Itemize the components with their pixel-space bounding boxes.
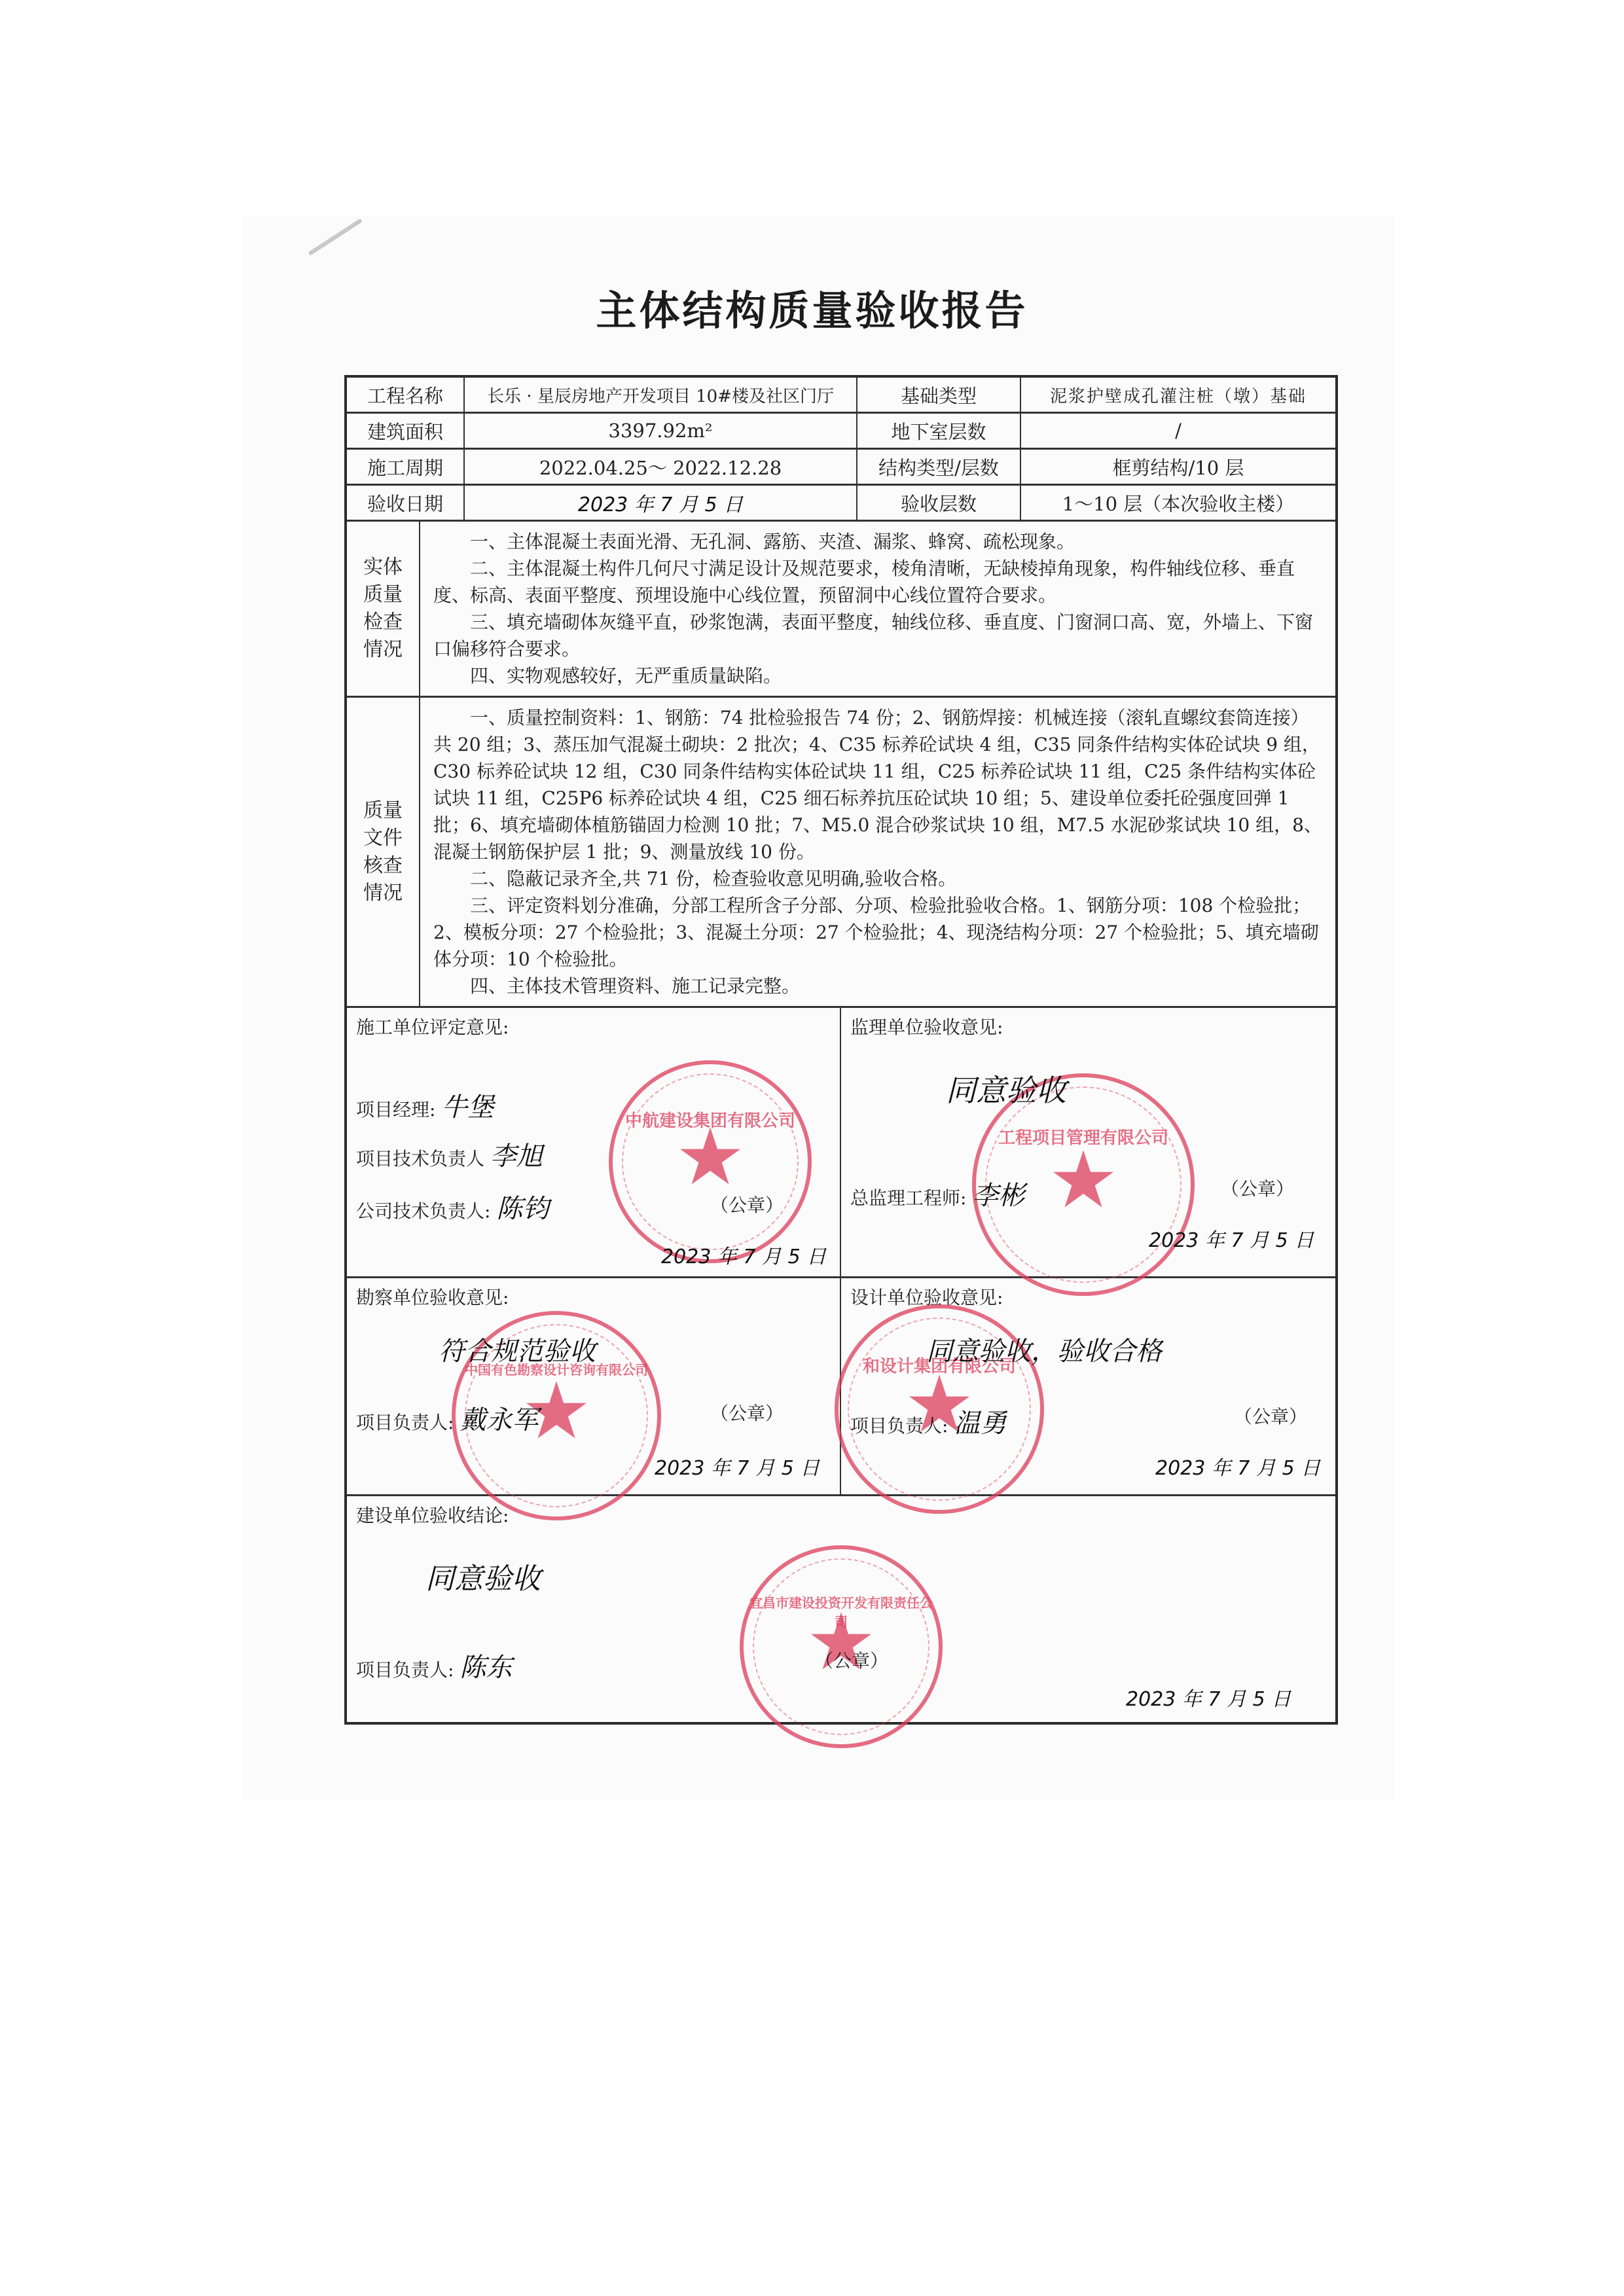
owner-date: 2023 年 7 月 5 日: [1126, 1683, 1291, 1712]
star-icon: ★: [1048, 1141, 1119, 1220]
design-opinion: 同意验收，验收合格: [926, 1331, 1162, 1368]
supervision-date: 2023 年 7 月 5 日: [1149, 1224, 1314, 1253]
survey-lead-label: 项目负责人:: [356, 1412, 454, 1433]
chief-engineer-signature: 李彬: [972, 1181, 1024, 1211]
construction-unit-section: 施工单位评定意见: 中航建设集团有限公司 ★ 项目经理: 牛堡 项目技术负责人 …: [347, 1008, 841, 1276]
design-lead-signature: 温勇: [954, 1408, 1006, 1439]
design-seal-label: （公章）: [1234, 1403, 1307, 1429]
value-foundation-type: 泥浆护壁成孔灌注桩（墩）基础: [1021, 378, 1335, 412]
entity-paragraph: 三、填充墙砌体灰缝平直，砂浆饱满，表面平整度，轴线位移、垂直度、门窗洞口高、宽，…: [433, 609, 1325, 662]
label-char: 质量: [363, 581, 403, 609]
project-manager-line: 项目经理: 牛堡: [356, 1086, 494, 1124]
document-paragraph: 三、评定资料划分准确，分部工程所含子分部、分项、检验批验收合格。1、钢筋分项：1…: [433, 892, 1325, 973]
design-unit-section: 设计单位验收意见: 和设计集团有限公司 ★ 同意验收，验收合格 项目负责人: 温…: [841, 1278, 1335, 1494]
label-structure-type: 结构类型/层数: [857, 450, 1021, 484]
document-check-section: 质量 文件 核查 情况 一、质量控制资料：1、钢筋：74 批检验报告 74 份；…: [347, 698, 1335, 1008]
entity-check-section: 实体 质量 检查 情况 一、主体混凝土表面光滑、无孔洞、露筋、夹渣、漏浆、蜂窝、…: [347, 522, 1335, 698]
company-tech-line: 公司技术负责人: 陈钧: [356, 1188, 549, 1225]
construction-date: 2023 年 7 月 5 日: [661, 1240, 826, 1269]
supervision-seal-label: （公章）: [1221, 1175, 1294, 1201]
value-acceptance-date: 2023 年 7 月 5 日: [465, 486, 857, 520]
tech-lead-label: 项目技术负责人: [356, 1148, 484, 1170]
document-paragraph: 二、隐蔽记录齐全,共 71 份，检查验收意见明确,验收合格。: [433, 865, 1325, 892]
survey-unit-section: 勘察单位验收意见: 中国有色勘察设计咨询有限公司 ★ 符合规范验收 项目负责人:…: [347, 1278, 841, 1494]
supervision-unit-section: 监理单位验收意见: 工程项目管理有限公司 ★ 同意验收 总监理工程师: 李彬 （…: [841, 1008, 1335, 1276]
tech-lead-line: 项目技术负责人 李旭: [356, 1136, 543, 1173]
label-char: 质量: [363, 797, 403, 825]
document-check-content: 一、质量控制资料：1、钢筋：74 批检验报告 74 份；2、钢筋焊接：机械连接（…: [420, 698, 1335, 1006]
company-tech-signature: 陈钧: [496, 1194, 549, 1224]
signoff-row-2: 勘察单位验收意见: 中国有色勘察设计咨询有限公司 ★ 符合规范验收 项目负责人:…: [347, 1278, 1335, 1496]
supervision-unit-heading: 监理单位验收意见:: [850, 1013, 1003, 1039]
owner-unit-section: 建设单位验收结论: 宜昌市建设投资开发有限责任公司 ★ 同意验收 项目负责人: …: [347, 1496, 1335, 1722]
label-construction-period: 施工周期: [347, 450, 465, 484]
label-foundation-type: 基础类型: [857, 378, 1021, 412]
survey-lead-signature: 戴永军: [460, 1405, 538, 1435]
owner-opinion: 同意验收: [425, 1555, 541, 1597]
design-lead-label: 项目负责人:: [850, 1415, 948, 1437]
info-row-acceptance: 验收日期 2023 年 7 月 5 日 验收层数 1～10 层（本次验收主楼）: [347, 486, 1335, 522]
owner-lead-line: 项目负责人: 陈东: [356, 1647, 512, 1684]
value-construction-period: 2022.04.25～ 2022.12.28: [465, 450, 857, 484]
label-char: 情况: [363, 636, 403, 664]
entity-paragraph: 四、实物观感较好，无严重质量缺陷。: [433, 662, 1325, 689]
owner-unit-heading: 建设单位验收结论:: [356, 1501, 509, 1528]
label-acceptance-floors: 验收层数: [857, 486, 1021, 520]
survey-lead-line: 项目负责人: 戴永军: [356, 1399, 538, 1437]
survey-seal-label: （公章）: [710, 1399, 784, 1426]
construction-unit-heading: 施工单位评定意见:: [356, 1013, 509, 1039]
tech-lead-signature: 李旭: [490, 1141, 543, 1172]
design-lead-line: 项目负责人: 温勇: [850, 1403, 1006, 1440]
chief-engineer-label: 总监理工程师:: [850, 1187, 966, 1209]
value-structure-type: 框剪结构/10 层: [1021, 450, 1335, 484]
entity-paragraph: 一、主体混凝土表面光滑、无孔洞、露筋、夹渣、漏浆、蜂窝、疏松现象。: [433, 528, 1325, 555]
design-date: 2023 年 7 月 5 日: [1155, 1452, 1320, 1480]
label-project-name: 工程名称: [347, 378, 465, 412]
document-title: 主体结构质量验收报告: [0, 278, 1624, 336]
label-char: 情况: [363, 880, 403, 907]
owner-lead-signature: 陈东: [460, 1653, 512, 1683]
value-acceptance-floors: 1～10 层（本次验收主楼）: [1021, 486, 1335, 520]
signoff-row-1: 施工单位评定意见: 中航建设集团有限公司 ★ 项目经理: 牛堡 项目技术负责人 …: [347, 1008, 1335, 1278]
entity-paragraph: 二、主体混凝土构件几何尺寸满足设计及规范要求，棱角清晰，无缺棱掉角现象，构件轴线…: [433, 555, 1325, 609]
value-project-name: 长乐 · 星辰房地产开发项目 10#楼及社区门厅: [465, 378, 857, 412]
label-char: 检查: [363, 609, 403, 636]
report-table: 工程名称 长乐 · 星辰房地产开发项目 10#楼及社区门厅 基础类型 泥浆护壁成…: [344, 375, 1338, 1725]
supervision-opinion: 同意验收: [946, 1067, 1066, 1110]
document-paragraph: 四、主体技术管理资料、施工记录完整。: [433, 973, 1325, 999]
owner-lead-label: 项目负责人:: [356, 1659, 454, 1681]
entity-check-label: 实体 质量 检查 情况: [347, 522, 420, 696]
label-char: 核查: [363, 852, 403, 880]
value-building-area: 3397.92m²: [465, 414, 857, 448]
construction-company-stamp: 中航建设集团有限公司 ★: [609, 1060, 812, 1263]
signoff-row-3: 建设单位验收结论: 宜昌市建设投资开发有限责任公司 ★ 同意验收 项目负责人: …: [347, 1496, 1335, 1722]
document-paragraph: 一、质量控制资料：1、钢筋：74 批检验报告 74 份；2、钢筋焊接：机械连接（…: [433, 704, 1325, 865]
label-acceptance-date: 验收日期: [347, 486, 465, 520]
info-row-project: 工程名称 长乐 · 星辰房地产开发项目 10#楼及社区门厅 基础类型 泥浆护壁成…: [347, 378, 1335, 414]
label-char: 文件: [363, 825, 403, 852]
label-basement-floors: 地下室层数: [857, 414, 1021, 448]
star-icon: ★: [675, 1119, 746, 1197]
owner-seal-label: （公章）: [815, 1647, 888, 1673]
label-building-area: 建筑面积: [347, 414, 465, 448]
company-tech-label: 公司技术负责人:: [356, 1200, 490, 1222]
survey-date: 2023 年 7 月 5 日: [655, 1452, 820, 1480]
survey-opinion: 符合规范验收: [439, 1331, 596, 1368]
chief-engineer-line: 总监理工程师: 李彬: [850, 1175, 1024, 1212]
project-manager-signature: 牛堡: [441, 1092, 494, 1122]
project-manager-label: 项目经理:: [356, 1099, 435, 1121]
entity-check-content: 一、主体混凝土表面光滑、无孔洞、露筋、夹渣、漏浆、蜂窝、疏松现象。 二、主体混凝…: [420, 522, 1335, 696]
info-row-area: 建筑面积 3397.92m² 地下室层数 /: [347, 414, 1335, 450]
document-check-label: 质量 文件 核查 情况: [347, 698, 420, 1006]
construction-seal-label: （公章）: [710, 1191, 784, 1217]
value-basement-floors: /: [1021, 414, 1335, 448]
info-row-period: 施工周期 2022.04.25～ 2022.12.28 结构类型/层数 框剪结构…: [347, 450, 1335, 486]
label-char: 实体: [363, 554, 403, 581]
survey-unit-heading: 勘察单位验收意见:: [356, 1283, 509, 1310]
